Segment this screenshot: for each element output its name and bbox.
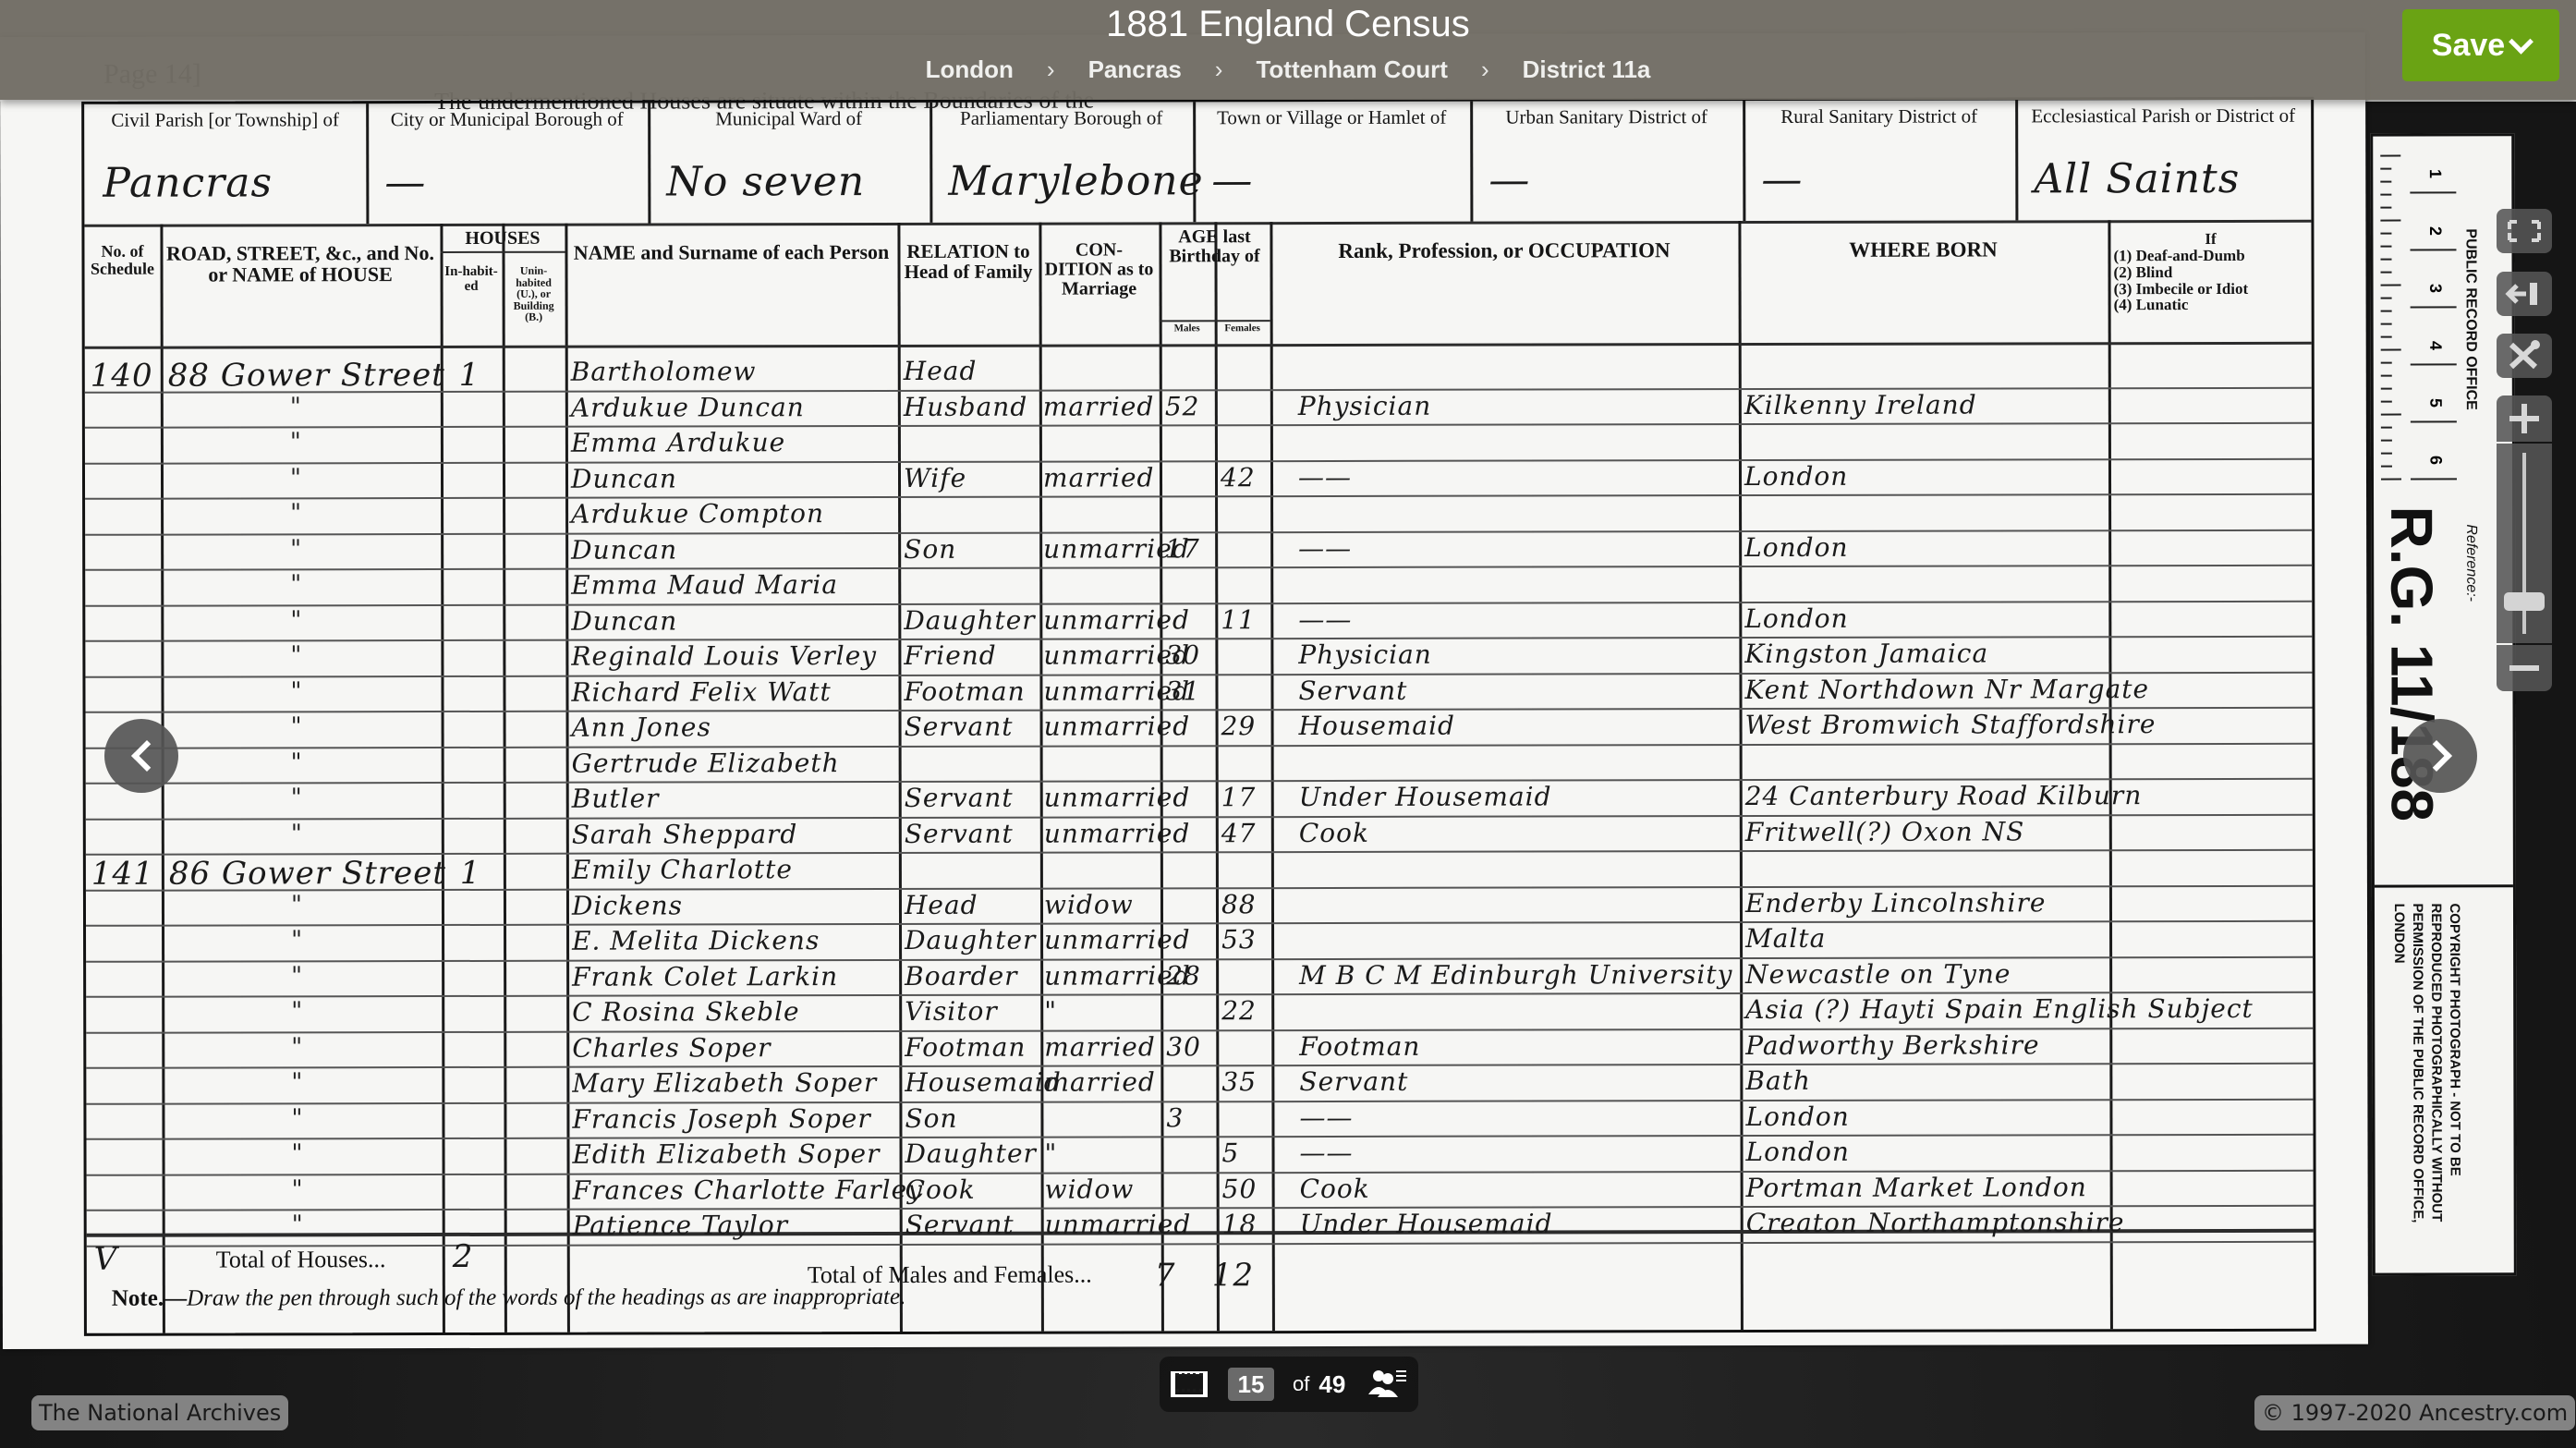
relation-cell: Housemaid <box>905 1067 1061 1098</box>
birthplace-cell: Portman Market London <box>1746 1172 2087 1203</box>
tools-button[interactable] <box>2497 334 2552 378</box>
condition-cell: unmarried <box>1044 782 1191 812</box>
exit-viewer-button[interactable] <box>2497 272 2552 316</box>
admin-header-label: Civil Parish [or Township] of <box>90 109 360 130</box>
condition-cell: married <box>1043 462 1155 493</box>
female-age-cell: 5 <box>1221 1138 1239 1168</box>
occupation-cell: Cook <box>1300 1173 1370 1203</box>
admin-column-divider <box>2015 100 2018 220</box>
admin-header-value: — <box>384 159 426 206</box>
current-page-input[interactable]: 15 <box>1228 1368 1274 1401</box>
ruler-tick <box>2381 285 2401 286</box>
ruler-number: 2 <box>2425 226 2445 236</box>
chevron-right-icon <box>2421 740 2452 772</box>
total-houses-value: 2 <box>453 1238 474 1275</box>
occupation-cell: Under Housemaid <box>1299 781 1552 812</box>
birthplace-cell: Enderby Lincolnshire <box>1745 887 2046 919</box>
female-age-cell: 17 <box>1221 782 1257 812</box>
breadcrumb-district[interactable]: District 11a <box>1517 55 1657 84</box>
ruler-number: 3 <box>2425 284 2445 293</box>
birthplace-cell: Kingston Jamaica <box>1744 638 1988 669</box>
road-cell: " <box>290 428 301 456</box>
total-females-value: 12 <box>1212 1257 1254 1294</box>
road-cell: " <box>290 606 301 634</box>
name-cell: E. Melita Dickens <box>572 925 820 956</box>
ruler-tick <box>2381 466 2392 468</box>
admin-header-label: Ecclesiastical Parish or District of <box>2021 105 2305 127</box>
breadcrumb-tottenham-court[interactable]: Tottenham Court <box>1250 55 1453 84</box>
table-row: "C Rosina SkebleVisitor"22Asia (?) Hayti… <box>86 992 2313 1032</box>
viewer-header: 1881 England Census London › Pancras › T… <box>0 0 2576 100</box>
breadcrumb-separator: › <box>1453 55 1517 84</box>
table-row: "Patience TaylorServantunmarried18Under … <box>87 1205 2314 1246</box>
inhabited-cell: 1 <box>460 855 481 892</box>
admin-column-divider <box>1193 102 1196 222</box>
admin-header-label: Urban Sanitary District of <box>1476 106 1737 128</box>
table-row: "Reginald Louis VerleyFriendunmarried30P… <box>85 636 2312 676</box>
ruler-cell-line <box>2411 420 2457 422</box>
birthplace-cell: Newcastle on Tyne <box>1745 958 2011 990</box>
occupation-cell: Under Housemaid <box>1300 1208 1553 1239</box>
road-cell: " <box>291 891 302 919</box>
ruler-tick <box>2380 181 2391 183</box>
name-cell: Ann Jones <box>572 712 711 742</box>
female-age-cell: 47 <box>1221 818 1257 848</box>
admin-header-value: All Saints <box>2034 155 2240 202</box>
table-row: "Frances Charlotte FarleyCookwidow50Cook… <box>87 1169 2314 1210</box>
census-page-image[interactable]: Page 14] The undermentioned Houses are s… <box>0 32 2368 1349</box>
save-label: Save <box>2432 28 2505 64</box>
road-cell: " <box>291 820 302 847</box>
ruler-tick <box>2380 220 2400 222</box>
relation-cell: Daughter <box>904 604 1035 635</box>
name-cell: Gertrude Elizabeth <box>572 748 840 779</box>
ruler-tick <box>2381 414 2401 416</box>
column-header: In-habit-ed <box>444 265 499 295</box>
total-pages: 49 <box>1318 1370 1345 1399</box>
ruler-tick <box>2381 272 2392 274</box>
male-age-cell: 28 <box>1166 960 1201 991</box>
ruler-tick <box>2381 453 2392 455</box>
ruler-tick <box>2380 246 2391 248</box>
relation-cell: Wife <box>904 462 966 493</box>
table-row: "DuncanSonunmarried17——London <box>85 529 2312 569</box>
name-cell: Frances Charlotte Farley <box>573 1174 923 1205</box>
road-cell: " <box>292 1211 303 1238</box>
name-cell: Patience Taylor <box>573 1210 789 1240</box>
admin-header-value: — <box>1488 157 1530 204</box>
occupation-cell: Housemaid <box>1299 711 1455 741</box>
condition-cell: married <box>1043 391 1155 421</box>
image-pager: 15 of 49 <box>1160 1357 1418 1412</box>
condition-cell: married <box>1044 1066 1156 1097</box>
birthplace-cell: London <box>1745 1101 1849 1131</box>
column-header: Unin-habited (U.), or Building (B.) <box>506 265 562 323</box>
birthplace-cell: London <box>1745 1137 1849 1167</box>
column-header: RELATION to Head of Family <box>901 241 1035 282</box>
ruler-tick <box>2381 362 2392 364</box>
column-header: Rank, Profession, or OCCUPATION <box>1273 239 1734 262</box>
condition-cell: unmarried <box>1044 924 1191 955</box>
fullscreen-icon <box>2497 209 2552 253</box>
birthplace-cell: Fritwell(?) Oxon NS <box>1745 816 2025 847</box>
admin-header-label: Parliamentary Borough of <box>935 107 1187 128</box>
zoom-controls <box>2497 395 2552 733</box>
birthplace-cell: London <box>1744 602 1848 633</box>
name-cell: Duncan <box>571 463 677 493</box>
condition-cell: widow <box>1044 889 1134 919</box>
name-cell: Butler <box>572 784 660 814</box>
fullscreen-button[interactable] <box>2497 209 2552 253</box>
table-row: "Frank Colet LarkinBoarderunmarried28M B… <box>86 955 2313 996</box>
ruler-cell-line <box>2411 363 2457 365</box>
table-row: "Ardukue Compton <box>85 493 2312 534</box>
table-row: "Emma Ardukue <box>85 422 2312 463</box>
schedule-number: 140 <box>91 358 153 395</box>
ruler-tick <box>2381 440 2392 442</box>
column-header: No. of Schedule <box>88 243 156 278</box>
footnote-prefix: Note.— <box>112 1286 187 1311</box>
occupation-cell: Servant <box>1298 675 1407 705</box>
admin-column-divider <box>930 103 932 223</box>
road-cell: " <box>290 499 301 527</box>
ruler-cell-line <box>2411 478 2457 480</box>
schedule-number: 141 <box>91 856 154 893</box>
table-row: "Sarah SheppardServantunmarried47CookFri… <box>86 813 2313 854</box>
occupation-cell: —— <box>1299 1101 1353 1132</box>
breadcrumb: London › Pancras › Tottenham Court › Dis… <box>0 55 2576 84</box>
condition-cell: " <box>1044 996 1057 1027</box>
name-cell: Francis Joseph Soper <box>572 1103 870 1135</box>
name-cell: Duncan <box>571 605 677 636</box>
admin-header-value: Marylebone <box>948 157 1203 205</box>
save-button[interactable]: Save <box>2402 9 2559 81</box>
female-age-cell: 53 <box>1221 924 1257 955</box>
name-cell: Mary Elizabeth Soper <box>572 1067 877 1099</box>
relation-cell: Head <box>904 356 978 386</box>
birthplace-cell: Padworthy Berkshire <box>1745 1029 2039 1061</box>
ruler-tick <box>2381 298 2392 299</box>
males-header: Males <box>1160 323 1215 335</box>
female-age-cell: 35 <box>1221 1066 1257 1097</box>
footnote: Note.—Draw the pen through such of the w… <box>112 1284 906 1312</box>
relation-cell: Head <box>905 889 978 919</box>
road-cell: " <box>290 393 301 420</box>
road-cell: " <box>291 712 302 740</box>
footnote-text: Draw the pen through such of the words o… <box>187 1284 905 1311</box>
ruler-tick <box>2380 168 2391 170</box>
column-headers: No. of ScheduleROAD, STREET, &c., and No… <box>84 100 2311 104</box>
ruler-number: 6 <box>2425 456 2445 465</box>
relation-cell: Husband <box>904 391 1027 421</box>
inhabited-cell: 1 <box>459 357 480 394</box>
road-cell: " <box>291 962 302 990</box>
zoom-slider[interactable] <box>2497 444 2552 643</box>
ruler-tick <box>2380 207 2391 209</box>
breadcrumb-separator: › <box>1187 55 1251 84</box>
admin-header-value: — <box>1211 157 1253 204</box>
occupation-cell: Servant <box>1299 1066 1408 1097</box>
name-cell: Charles Soper <box>572 1032 771 1063</box>
ruler-tick <box>2381 401 2392 403</box>
total-houses-label: Total of Houses... <box>216 1246 386 1273</box>
table-row: "DickensHeadwidow88Enderby Lincolnshire <box>86 884 2313 925</box>
condition-cell: unmarried <box>1044 711 1191 741</box>
admin-column-divider <box>648 103 650 224</box>
male-age-cell: 17 <box>1165 533 1200 564</box>
relation-cell: Visitor <box>905 996 998 1027</box>
condition-cell: widow <box>1045 1174 1135 1204</box>
occupation-cell: M B C M Edinburgh University <box>1299 959 1732 991</box>
breadcrumb-separator: › <box>1019 55 1083 84</box>
occupation-cell: —— <box>1298 461 1352 492</box>
road-cell: 86 Gower Street <box>169 855 446 893</box>
name-cell: Duncan <box>571 534 677 565</box>
table-row: "Edith Elizabeth SoperDaughter"5——London <box>86 1134 2313 1174</box>
occupation-cell: —— <box>1298 603 1352 634</box>
road-cell: " <box>290 570 301 598</box>
male-age-cell: 31 <box>1165 675 1200 706</box>
name-cell: Bartholomew <box>571 356 757 386</box>
zoom-slider-handle[interactable] <box>2504 592 2545 611</box>
of-label: of <box>1293 1372 1309 1396</box>
tools-icon <box>2497 334 2552 378</box>
age-subdivider <box>1160 320 1270 322</box>
table-row: "DuncanWifemarried42——London <box>85 457 2312 498</box>
copyright-badge: © 1997-2020 Ancestry.com <box>2254 1395 2575 1430</box>
road-cell: 88 Gower Street <box>168 357 445 395</box>
collection-title: 1881 England Census <box>0 0 2576 48</box>
admin-header-label: City or Municipal Borough of <box>371 109 642 130</box>
condition-cell: married <box>1044 1031 1156 1062</box>
ruler-tick <box>2381 310 2392 312</box>
admin-column-divider <box>1743 101 1745 221</box>
table-row: 14186 Gower Street1Emily Charlotte <box>86 849 2313 890</box>
previous-image-button[interactable] <box>104 719 178 793</box>
zoom-out-button[interactable] <box>2497 645 2552 691</box>
relation-cell: Footman <box>905 1031 1026 1062</box>
road-cell: " <box>291 748 302 776</box>
admin-header-label: Municipal Ward of <box>653 108 924 129</box>
name-cell: Ardukue Compton <box>571 498 824 529</box>
ruler-tick <box>2380 155 2400 157</box>
name-cell: Edith Elizabeth Soper <box>572 1138 880 1170</box>
name-cell: Emma Maud Maria <box>571 569 838 601</box>
header-divider <box>85 342 2312 349</box>
birthplace-cell: Malta <box>1745 923 1826 954</box>
birthplace-cell: West Bromwich Staffordshire <box>1745 709 2157 740</box>
road-cell: " <box>290 641 301 669</box>
birthplace-cell: 24 Canterbury Road Kilburn <box>1745 780 2143 811</box>
occupation-cell: Physician <box>1298 390 1431 420</box>
ruler-cell-line <box>2410 249 2456 250</box>
breadcrumb-london[interactable]: London <box>920 55 1019 84</box>
copyright-notice: COPYRIGHT PHOTOGRAPH - NOT TO BE REPRODU… <box>2389 903 2464 1263</box>
occupation-cell: Cook <box>1299 817 1369 847</box>
table-grid <box>84 100 2311 104</box>
female-age-cell: 18 <box>1222 1209 1258 1239</box>
road-cell: " <box>291 1033 302 1061</box>
condition-cell: unmarried <box>1043 604 1190 635</box>
name-cell: C Rosina Skeble <box>572 996 799 1028</box>
occupation-cell: Physician <box>1298 639 1431 670</box>
female-age-cell: 29 <box>1221 711 1257 741</box>
relation-cell: Footman <box>904 675 1025 706</box>
census-table: Civil Parish [or Township] ofPancrasCity… <box>81 97 2316 1336</box>
occupation-cell: —— <box>1298 532 1352 563</box>
filmstrip-icon[interactable] <box>1171 1371 1208 1397</box>
birthplace-cell: Kilkenny Ireland <box>1744 389 1977 420</box>
birthplace-cell: Kent Northdown Nr Margate <box>1744 674 2149 705</box>
admin-header-row: Civil Parish [or Township] ofPancrasCity… <box>84 100 2311 104</box>
table-row: "Emma Maud Maria <box>85 565 2312 605</box>
road-cell: " <box>290 464 301 492</box>
source-badge: The National Archives <box>31 1395 288 1430</box>
ruler-tick <box>2380 194 2391 196</box>
condition-cell: " <box>1044 1138 1057 1169</box>
column-header: WHERE BORN <box>1742 238 2104 262</box>
ruler-tick <box>2381 375 2392 377</box>
females-header: Females <box>1215 323 1270 335</box>
total-males-value: 7 <box>1155 1257 1176 1294</box>
birthplace-cell: London <box>1744 531 1848 562</box>
relation-cell: Servant <box>905 818 1014 848</box>
road-cell: " <box>291 784 302 811</box>
infirmity-header: If(1) Deaf-and-Dumb(2) Blind(3) Imbecile… <box>2113 231 2307 314</box>
ruler-tick <box>2381 388 2392 390</box>
table-row: "Charles SoperFootmanmarried30FootmanPad… <box>86 1027 2313 1067</box>
ruler-number: 5 <box>2425 398 2445 408</box>
female-age-cell: 88 <box>1221 889 1257 919</box>
admin-header-value: — <box>1761 156 1803 203</box>
admin-column-divider <box>1470 102 1473 222</box>
female-age-cell: 11 <box>1221 604 1256 635</box>
admin-header-value: No seven <box>666 158 865 205</box>
table-row: "Ann JonesServantunmarried29HousemaidWes… <box>86 707 2313 748</box>
male-age-cell: 52 <box>1165 391 1200 421</box>
male-age-cell: 30 <box>1166 1031 1201 1062</box>
admin-header-value: Pancras <box>103 159 273 206</box>
ruler-cell-line <box>2410 191 2456 193</box>
next-image-button[interactable] <box>2403 719 2477 793</box>
road-cell: " <box>292 1139 303 1167</box>
table-row: 14088 Gower Street1BartholomewHead <box>85 351 2312 392</box>
relation-cell: Servant <box>905 712 1014 742</box>
relation-cell: Daughter <box>905 925 1036 955</box>
table-row: "Francis Joseph SoperSon3——London <box>86 1098 2313 1138</box>
admin-column-divider <box>366 103 369 224</box>
houses-subdivider <box>440 251 565 253</box>
road-cell: " <box>291 997 302 1025</box>
road-cell: " <box>291 1104 302 1132</box>
ruler-tick <box>2381 349 2401 351</box>
table-row: "ButlerServantunmarried17Under Housemaid… <box>86 778 2313 819</box>
table-rows: 14088 Gower Street1BartholomewHead"Arduk… <box>84 100 2311 104</box>
relation-cell: Cook <box>905 1174 976 1204</box>
ruler-tick <box>2381 479 2401 481</box>
ruler-number: 1 <box>2425 169 2445 178</box>
female-age-cell: 42 <box>1221 462 1256 493</box>
exit-arrow-icon <box>2497 272 2552 316</box>
chevron-down-icon <box>2509 29 2533 54</box>
table-row: "Richard Felix WattFootmanunmarried31Ser… <box>85 671 2312 712</box>
reference-label: Reference:- <box>2462 524 2479 602</box>
plus-icon-vertical <box>2521 404 2527 433</box>
occupation-cell: Footman <box>1299 1030 1420 1061</box>
table-row: "Ardukue DuncanHusbandmarried52Physician… <box>85 386 2312 427</box>
ruler-tick <box>2380 233 2391 235</box>
name-cell: Reginald Louis Verley <box>571 640 877 672</box>
occupation-cell: —— <box>1299 1138 1353 1168</box>
admin-header-label: Rural Sanitary District of <box>1748 105 2010 127</box>
condition-cell: unmarried <box>1044 818 1191 848</box>
zoom-in-button[interactable] <box>2497 395 2552 442</box>
ruler-tick <box>2381 427 2392 429</box>
admin-header-label: Town or Village or Hamlet of <box>1198 107 1464 128</box>
minus-icon <box>2509 665 2539 671</box>
male-age-cell: 3 <box>1166 1102 1184 1133</box>
record-office-label: PUBLIC RECORD OFFICE <box>2461 228 2478 409</box>
road-cell: " <box>291 926 302 954</box>
birthplace-cell: London <box>1744 460 1848 491</box>
tally-mark: V <box>94 1241 118 1278</box>
ruler-tick <box>2381 259 2392 261</box>
birthplace-cell: Creaton Northamptonshire <box>1746 1207 2125 1238</box>
name-cell: Emma Ardukue <box>571 427 785 457</box>
female-age-cell: 50 <box>1222 1174 1258 1204</box>
relation-cell: Daughter <box>905 1138 1036 1169</box>
birthplace-cell: Bath <box>1745 1065 1811 1096</box>
relation-cell: Son <box>904 533 956 564</box>
birthplace-cell: Asia (?) Hayti Spain English Subject <box>1745 993 2254 1025</box>
road-cell: " <box>291 1068 302 1096</box>
name-cell: Dickens <box>572 890 683 920</box>
column-header: ROAD, STREET, &c., and No. or NAME of HO… <box>164 242 436 286</box>
reference-strip: 123456 PUBLIC RECORD OFFICE Reference:- … <box>2370 133 2517 1275</box>
male-age-cell: 30 <box>1165 639 1200 670</box>
name-cell: Sarah Sheppard <box>572 819 798 850</box>
relation-cell: Friend <box>904 640 996 671</box>
table-row: "Gertrude Elizabeth <box>86 742 2313 783</box>
chevron-left-icon <box>131 740 163 772</box>
name-cell: Emily Charlotte <box>572 854 793 885</box>
strip-divider <box>2375 884 2513 887</box>
index-people-icon[interactable] <box>1367 1367 1408 1403</box>
table-row: "DuncanDaughterunmarried11——London <box>85 600 2312 640</box>
female-age-cell: 22 <box>1221 995 1257 1026</box>
condition-cell: unmarried <box>1045 1209 1192 1239</box>
relation-cell: Boarder <box>905 960 1017 991</box>
table-row: "Mary Elizabeth SoperHousemaidmarried35S… <box>86 1063 2313 1103</box>
road-cell: " <box>290 677 301 705</box>
name-cell: Frank Colet Larkin <box>572 961 838 992</box>
relation-cell: Servant <box>905 1210 1015 1240</box>
relation-cell: Son <box>905 1102 957 1133</box>
column-header: NAME and Surname of each Person <box>568 241 893 263</box>
column-header: CON-DITION as to Marriage <box>1042 240 1155 298</box>
ruler-cell-line <box>2411 306 2457 308</box>
ruler-tick <box>2381 323 2392 325</box>
ruler-tick <box>2381 336 2392 338</box>
name-cell: Ardukue Duncan <box>571 392 805 423</box>
road-cell: " <box>290 535 301 563</box>
ruler-number: 4 <box>2425 341 2445 350</box>
table-row: "E. Melita DickensDaughterunmarried53Mal… <box>86 920 2313 961</box>
relation-cell: Servant <box>905 783 1014 813</box>
road-cell: " <box>292 1175 303 1203</box>
name-cell: Richard Felix Watt <box>571 676 831 708</box>
breadcrumb-pancras[interactable]: Pancras <box>1083 55 1187 84</box>
